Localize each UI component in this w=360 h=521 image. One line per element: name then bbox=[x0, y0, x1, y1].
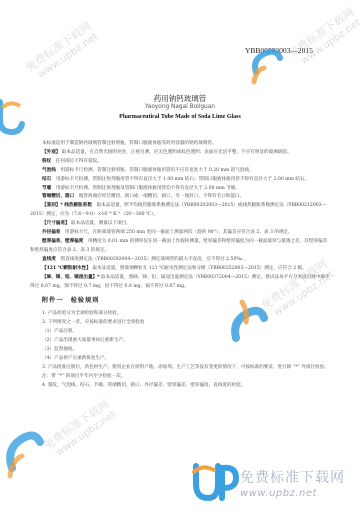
upbz-footer-logo-icon bbox=[192, 462, 240, 502]
section-knots: 节瘤 用游标卡尺检测，管制注射剂瓶及管制口服液体瓶用管均不得有直径大于 2.00… bbox=[30, 185, 330, 194]
title-chinese: 药用钠钙玻璃管 bbox=[0, 93, 360, 104]
section-text: 用游标卡尺检测，管制注射剂瓶及管制口服液体瓶用管均不得有直径大于 2.00 mm… bbox=[56, 186, 240, 191]
annex-item: 注：带 “*” 的项目半年内至少检验一次。 bbox=[30, 373, 330, 382]
section-straightness: 直线度 照直线度测定法（YBB00392004—2015）测定玻璃管的最大不直度… bbox=[30, 256, 330, 265]
section-text: 用游标卡尺检测，管制注射剂瓶、管制口服液体瓶用管均不应有宽度大于 0.20 mm… bbox=[60, 168, 253, 173]
section-label: 管端精切、圆口 bbox=[42, 194, 74, 199]
section-label: 【砷、锑、铅、镉浸出量】* bbox=[42, 275, 100, 280]
title-pinyin: Yaoyong Nagai Boliguan bbox=[0, 104, 360, 110]
document-page: YBB00282003—2015 药用钠钙玻璃管 Yaoyong Nagai B… bbox=[0, 0, 360, 521]
section-label: 气泡线 bbox=[42, 168, 56, 173]
section-label: 裂纹 bbox=[42, 159, 51, 164]
section-text: 取本品适量，在自然光线明亮处，正视目测，应无色透明或棕色透明；表面应光洁平整，不… bbox=[62, 150, 292, 155]
title-english: Pharmaceutical Tube Made of Soda Lime Gl… bbox=[0, 114, 360, 120]
section-cracks: 裂纹 任何部位不得有裂纹。 bbox=[30, 158, 330, 167]
section-label: 直线度 bbox=[42, 257, 56, 262]
annex-item: 3. 产品批准注册后，药包材生产、使用企业在原料产地、添加剂、生产工艺等没有变更… bbox=[30, 364, 330, 373]
section-text: 任何部位不得有裂纹。 bbox=[56, 159, 102, 164]
footer-brand: 免费标准下载网 www.upbz.net bbox=[240, 467, 345, 499]
watermark-text: 免费标准下载网 www.upbz.net bbox=[22, 18, 101, 84]
section-text: 用游标卡尺检测，管制注射剂瓶用管不得有直径大于 1.00 mm 结石；管制口服液… bbox=[56, 177, 309, 182]
section-air-line: 气泡线 用游标卡尺检测，管制注射剂瓶、管制口服液体瓶用管均不应有宽度大于 0.2… bbox=[30, 167, 330, 176]
section-appearance: 【外观】 取本品适量，在自然光线明亮处，正视目测，应无色透明或棕色透明；表面应光… bbox=[30, 149, 330, 158]
annex-item: 2. 下列情况之一者，应按标准的要求进行全项检验 bbox=[30, 319, 330, 328]
annex-item: （1）产品注册。 bbox=[30, 328, 330, 337]
footer-brand-url: www.upbz.net bbox=[240, 488, 345, 499]
section-text: 玻管两端应经过精切，圆口或一端精切、圆口，另一端封口，不得有毛口和裂口。 bbox=[79, 194, 244, 199]
standard-number: YBB00282003—2015 bbox=[245, 46, 313, 55]
annex-item: （4）产品停产后重新恢复生产。 bbox=[30, 355, 330, 364]
section-outer-diameter: 外径偏差 用游标卡尺，在距离玻管两端 250 mm 处同一截面上测量两次（旋转 … bbox=[30, 229, 330, 238]
section-label: 外径偏差 bbox=[42, 230, 60, 235]
section-label: 节瘤 bbox=[42, 186, 51, 191]
section-hydrolytic-resistance: 【121 ℃颗粒耐水性】 取本品适量，照玻璃颗粒在 121 ℃耐水性测定法和分级… bbox=[30, 265, 330, 274]
section-label: 壁厚偏差、壁厚偏度 bbox=[42, 239, 83, 244]
upbz-logo-icon bbox=[4, 420, 44, 480]
document-body: 本标准适用于制造钠钙玻璃管制注射剂瓶、管制口服液体瓶等药用容器的钠钙玻璃管。 【… bbox=[30, 140, 330, 390]
section-label: 【尺寸偏差】 bbox=[42, 221, 70, 226]
section-dimension-deviation: 【尺寸偏差】 取本品适量，测量以下项目。 bbox=[30, 220, 330, 229]
section-text: 取本品适量，照玻璃颗粒在 121 ℃耐水性测定法和分级（YBB00252003—… bbox=[92, 266, 307, 271]
section-wall-thickness: 壁厚偏差、壁厚偏度 用精度为 0.01 mm 的测厚仪在同一截面上作旋转测量，壁… bbox=[30, 238, 330, 256]
watermark-text: 免费标准下载网 www.upbz.net bbox=[285, 4, 360, 70]
section-tube-end: 管端精切、圆口 玻管两端应经过精切，圆口或一端精切、圆口，另一端封口，不得有毛口… bbox=[30, 193, 330, 202]
section-text: 用游标卡尺，在距离玻管两端 250 mm 处同一截面上测量两次（旋转 90°），… bbox=[65, 230, 293, 235]
section-text: 取本品适量，测量以下项目。 bbox=[71, 221, 131, 226]
section-heavy-metals: 【砷、锑、铅、镉浸出量】* 取本品适量，照砷、锑、铅、镉浸出量测定法（YBB00… bbox=[30, 274, 330, 292]
annex-item: （3）监督抽验。 bbox=[30, 346, 330, 355]
annex-item: 1. 产品检验分为全项检验和部分检验。 bbox=[30, 310, 330, 319]
section-label: 结石 bbox=[42, 177, 51, 182]
annex-title: 附件一 检验规则 bbox=[42, 297, 330, 306]
section-text: 照直线度测定法（YBB00392004—2015）测定玻璃管的最大不直度，应不得… bbox=[60, 257, 248, 262]
section-label: 【外观】 bbox=[42, 150, 60, 155]
watermark-text: 免费标准下载网 www.upbz.net bbox=[40, 396, 119, 462]
section-identification: 【鉴别】* 线热膨胀系数 取本品适量，照平均线热膨胀系数测定法（YBB00202… bbox=[30, 202, 330, 220]
intro-paragraph: 本标准适用于制造钠钙玻璃管制注射剂瓶、管制口服液体瓶等药用容器的钠钙玻璃管。 bbox=[30, 140, 330, 149]
footer-brand-name: 免费标准下载网 bbox=[240, 467, 345, 487]
annex-item: （2）产品出现重大质量事故后重新生产。 bbox=[30, 337, 330, 346]
annex-item: 4. 裂纹、气泡线、结石、节瘤、管端精切、圆口、外径偏差、壁厚偏差、壁厚偏度、直… bbox=[30, 382, 330, 391]
section-label: 【鉴别】* 线热膨胀系数 bbox=[42, 203, 92, 208]
section-label: 【121 ℃颗粒耐水性】 bbox=[42, 266, 91, 271]
section-stones: 结石 用游标卡尺检测，管制注射剂瓶用管不得有直径大于 1.00 mm 结石；管制… bbox=[30, 176, 330, 185]
